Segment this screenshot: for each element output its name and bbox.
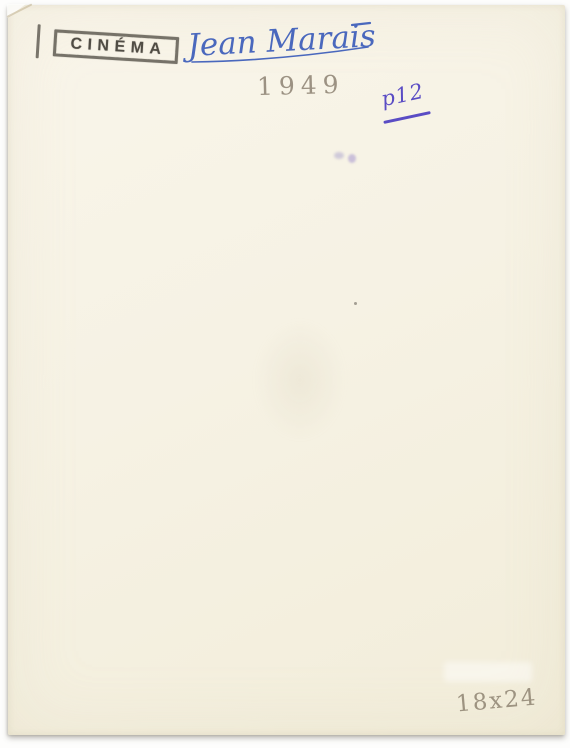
cinema-stamp: CINÉMA [31, 20, 194, 80]
faint-stain [255, 320, 345, 440]
faint-patch [444, 662, 532, 682]
stamp-label: CINÉMA [65, 35, 167, 59]
ink-smudge-right [348, 154, 356, 163]
name-handwriting: Jean Marais [180, 8, 390, 76]
ink-smudge-left [334, 152, 344, 159]
stamp-frame: CINÉMA [53, 29, 179, 64]
scan-background: CINÉMA Jean Marais 1949 p12 18x24 [0, 0, 570, 748]
paper-speck [354, 302, 357, 305]
year-handwriting: 1949 [257, 70, 345, 101]
stamp-left-bar [36, 24, 41, 58]
